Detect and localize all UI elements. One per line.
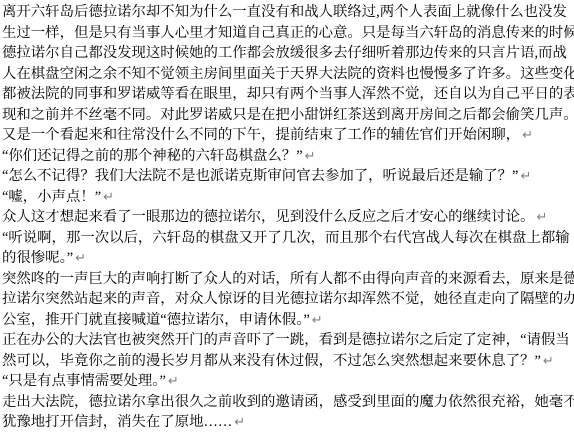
paragraph-mark-icon: ↵ <box>536 210 547 225</box>
line-text: 公室，推开门就直接喊道“德拉诺尔，申请休假。” <box>2 312 310 328</box>
line-text: 突然咚的一声巨大的声响打断了众人的对话，所有人都不由得向声音的来源看去，原来是德 <box>2 271 574 287</box>
text-line: “你们还记得之前的那个神秘的六轩岛棋盘么？”↵ <box>2 146 574 167</box>
line-text: 人在棋盘空闲之余不知不觉领主房间里面关于天界大法院的资料也慢慢多了许多。这些变化 <box>2 66 574 82</box>
line-text: 犹豫地打开信封，消失在了原地…… <box>2 414 232 430</box>
paragraph-mark-icon: ↵ <box>305 149 316 164</box>
text-line: 现和之前并不丝毫不同。对此罗诺威只是在把小甜饼红茶送到离开房间之后都会偷笑几声。… <box>2 105 574 126</box>
line-text: 离开六轩岛后德拉诺尔却不知为什么一直没有和战人联络过,两个人表面上就像什么也没发 <box>2 4 567 20</box>
text-line: 又是一个看起来和往常没什么不同的下午，提前结束了工作的辅佐官们开始闲聊，↵ <box>2 125 574 146</box>
line-text: 的很惨呢。” <box>2 250 73 266</box>
text-line: “怎么不记得？我们大法院不是也派诺克斯审问官去参加了，听说最后还是输了？”↵ <box>2 166 574 187</box>
text-line: 生过一样，但是只有当事人心里才知道自己真正的心意。只是每当六轩岛的消息传来的时候 <box>2 23 574 44</box>
document-text-area[interactable]: 离开六轩岛后德拉诺尔却不知为什么一直没有和战人联络过,两个人表面上就像什么也没发… <box>0 0 574 433</box>
paragraph-mark-icon: ↵ <box>520 169 531 184</box>
text-line: “嘘，小声点！”↵ <box>2 187 574 208</box>
text-line: “只是有点事情需要处理。”↵ <box>2 371 574 392</box>
text-line: 正在办公的大法官也被突然开门的声音吓了一跳，看到是德拉诺尔之后定了定神，“请假当 <box>2 330 574 351</box>
text-line: 公室，推开门就直接喊道“德拉诺尔，申请休假。”↵ <box>2 310 574 331</box>
line-text: 德拉诺尔自己都没发现这时候她的工作都会放缓很多去仔细听着那边传来的只言片语,而战 <box>2 45 567 61</box>
line-text: 现和之前并不丝毫不同。对此罗诺威只是在把小甜饼红茶送到离开房间之后都会偷笑几声。 <box>2 107 574 123</box>
line-text: 正在办公的大法官也被突然开门的声音吓了一跳，看到是德拉诺尔之后定了定神，“请假当 <box>2 332 570 348</box>
line-text: 众人这才想起来看了一眼那边的德拉诺尔，见到没什么反应之后才安心的继续讨论。 <box>2 209 534 225</box>
text-line: 德拉诺尔自己都没发现这时候她的工作都会放缓很多去仔细听着那边传来的只言片语,而战 <box>2 43 574 64</box>
line-text: “只是有点事情需要处理。” <box>2 373 166 389</box>
line-text: “你们还记得之前的那个神秘的六轩岛棋盘么？” <box>2 148 303 164</box>
text-line: 人在棋盘空闲之余不知不觉领主房间里面关于天界大法院的资料也慢慢多了许多。这些变化 <box>2 64 574 85</box>
line-text: “怎么不记得？我们大法院不是也派诺克斯审问官去参加了，听说最后还是输了？” <box>2 168 518 184</box>
paragraph-mark-icon: ↵ <box>75 251 86 266</box>
line-text: 又是一个看起来和往常没什么不同的下午，提前结束了工作的辅佐官们开始闲聊， <box>2 127 520 143</box>
text-line: 突然咚的一声巨大的声响打断了众人的对话，所有人都不由得向声音的来源看去，原来是德 <box>2 269 574 290</box>
paragraph-mark-icon: ↵ <box>543 354 554 369</box>
paragraph-mark-icon: ↵ <box>234 415 245 430</box>
text-line: 的很惨呢。”↵ <box>2 248 574 269</box>
text-line: 然可以，毕竟你之前的漫长岁月都从来没有休过假，不过怎么突然想起来要休息了？”↵ <box>2 351 574 372</box>
paragraph-mark-icon: ↵ <box>103 190 114 205</box>
text-line: 都被法院的同事和罗诺威等看在眼里，却只有两个当事人浑然不觉，还自以为自己平日的表 <box>2 84 574 105</box>
text-line: “听说啊，那一次以后，六轩岛的棋盘又开了几次，而且那个右代宫战人每次在棋盘上都输 <box>2 228 574 249</box>
line-text: 走出大法院，德拉诺尔拿出很久之前收到的邀请函，感受到里面的魔力依然很充裕，她毫不 <box>2 394 574 410</box>
line-text: “嘘，小声点！” <box>2 189 101 205</box>
line-text: 然可以，毕竟你之前的漫长岁月都从来没有休过假，不过怎么突然想起来要休息了？” <box>2 353 541 369</box>
paragraph-mark-icon: ↵ <box>168 374 179 389</box>
text-line: 众人这才想起来看了一眼那边的德拉诺尔，见到没什么反应之后才安心的继续讨论。↵ <box>2 207 574 228</box>
line-text: “听说啊，那一次以后，六轩岛的棋盘又开了几次，而且那个右代宫战人每次在棋盘上都输 <box>2 230 570 246</box>
paragraph-mark-icon: ↵ <box>312 313 323 328</box>
text-line: 犹豫地打开信封，消失在了原地……↵ <box>2 412 574 433</box>
text-line: 走出大法院，德拉诺尔拿出很久之前收到的邀请函，感受到里面的魔力依然很充裕，她毫不 <box>2 392 574 413</box>
paragraph-mark-icon: ↵ <box>522 128 533 143</box>
line-text: 都被法院的同事和罗诺威等看在眼里，却只有两个当事人浑然不觉，还自以为自己平日的表 <box>2 86 574 102</box>
line-text: 生过一样，但是只有当事人心里才知道自己真正的心意。只是每当六轩岛的消息传来的时候 <box>2 25 574 41</box>
text-line: 拉诺尔突然站起来的声音，对众人惊讶的目光德拉诺尔却浑然不觉，她径直走向了隔壁的办 <box>2 289 574 310</box>
line-text: 拉诺尔突然站起来的声音，对众人惊讶的目光德拉诺尔却浑然不觉，她径直走向了隔壁的办 <box>2 291 574 307</box>
text-line: 离开六轩岛后德拉诺尔却不知为什么一直没有和战人联络过,两个人表面上就像什么也没发 <box>2 2 574 23</box>
